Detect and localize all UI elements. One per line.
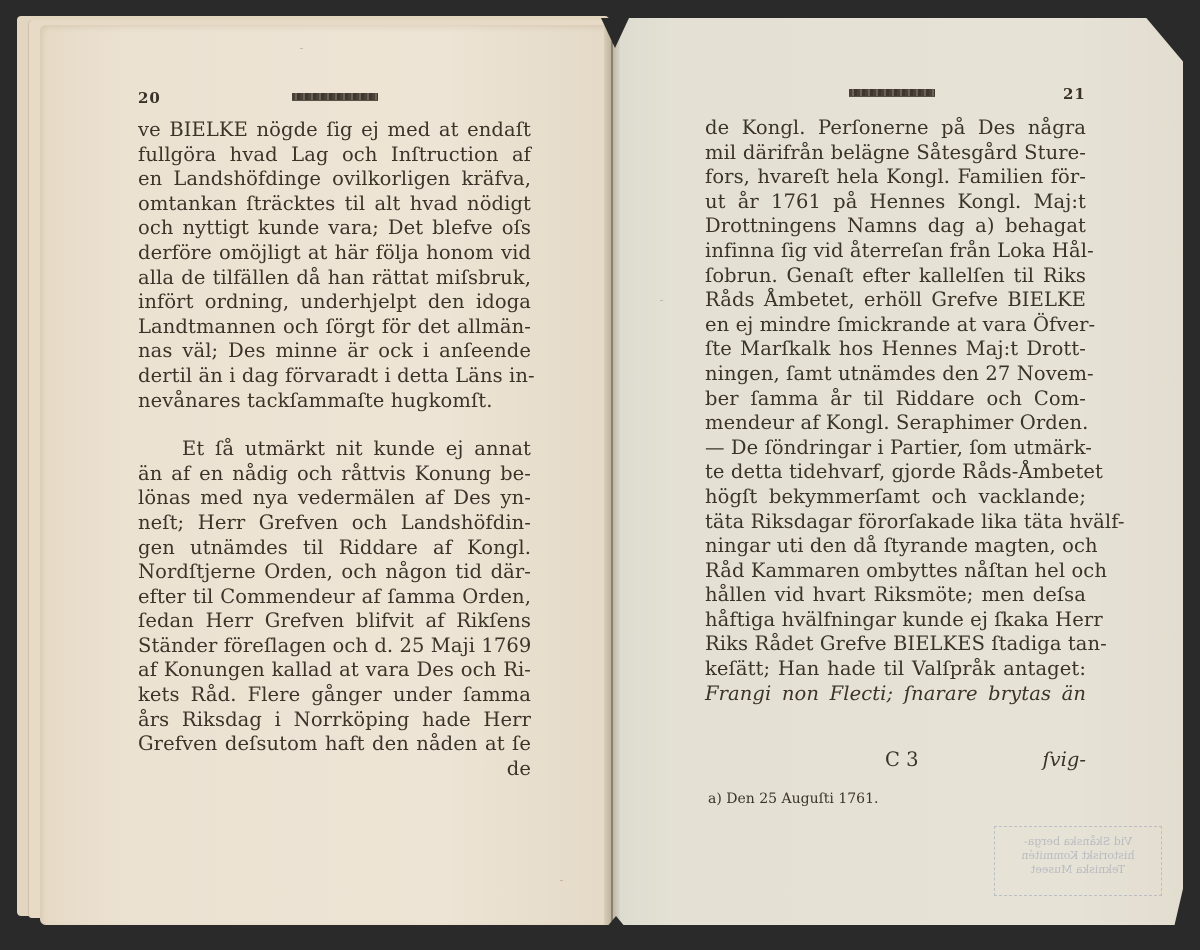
text-line: te detta tidehvarf, gjorde Råds-Åmbetet [705, 460, 1086, 485]
text-line: fullgöra hvad Lag och Inſtruction af [138, 143, 531, 168]
spine-gap-top [601, 18, 629, 48]
text-line: de Kongl. Perſonerne på Des några [705, 116, 1086, 141]
text-line: ſobrun. Genaſt efter kallelſen til Riks [705, 264, 1086, 289]
catchword: de [138, 757, 531, 782]
footnote: a) Den 25 Auguſti 1761. [708, 791, 878, 807]
text-line: keſätt; Han hade til Valſpråk antaget: [705, 657, 1086, 682]
text-line: af Konungen kallad at vara Des och Ri- [138, 658, 531, 683]
text-line: nas väl; Des minne är ock i anſeende [138, 339, 531, 364]
text-line: ber ſamma år til Riddare och Com- [705, 387, 1086, 412]
text-line: ve BIELKE nögde ſig ej med at endaſt [138, 118, 531, 143]
text-line: infört ordning, underhjelpt den idoga [138, 290, 531, 315]
paper-fleck [560, 880, 563, 881]
text-line: högſt bekymmerſamt och vacklande; [705, 485, 1086, 510]
header-ornament-right [849, 89, 935, 97]
text-line: en ej mindre ſmickrande at vara Öfver- [705, 313, 1086, 338]
text-line: Landtmannen och ſörgt för det allmän- [138, 315, 531, 340]
text-line: efter til Commendeur af ſamma Orden, [138, 585, 531, 610]
text-line: fors, hvareſt hela Kongl. Familien för- [705, 165, 1086, 190]
text-line: Riks Rådet Grefve BIELKES ſtadiga tan- [705, 632, 1086, 657]
text-line: Drottningens Namns dag a) behagat [705, 214, 1086, 239]
text-line: gen utnämdes til Riddare af Kongl. [138, 536, 531, 561]
text-line: nevånares tackſammaſte hugkomſt. [138, 389, 531, 414]
paper-fleck [300, 48, 303, 49]
page-footer-right: C 3 ſvig- [705, 748, 1086, 773]
text-line: lönas med nya vedermälen af Des yn- [138, 486, 531, 511]
text-line: Nordſtjerne Orden, och någon tid där- [138, 560, 531, 585]
text-line: mendeur af Kongl. Seraphimer Orden. [705, 411, 1086, 436]
text-line: håftiga hvälfningar kunde ej ſkaka Herr [705, 608, 1086, 633]
stamp-line: historiskt Kommitén [995, 849, 1161, 863]
text-line: täta Riksdagar förorſakade lika täta hvä… [705, 510, 1086, 535]
stamp-line: Vid Skånska berga- [995, 835, 1161, 849]
text-line: en Landshöfdinge ovilkorligen kräfva, [138, 167, 531, 192]
text-line: infinna ſig vid återreſan från Loka Hål- [705, 239, 1086, 264]
page-number-left: 20 [138, 89, 161, 107]
catchword: ſvig- [1042, 748, 1086, 771]
text-line: års Riksdag i Norrköping hade Herr [138, 708, 531, 733]
text-line: Grefven deſsutom haft den nåden at ſe [138, 732, 531, 757]
text-line: än af en nådig och råttvis Konung be- [138, 462, 531, 487]
header-ornament-left [292, 93, 378, 101]
text-line: ſedan Herr Grefven blifvit af Rikſens [138, 609, 531, 634]
text-line: Råds Åmbetet, erhöll Grefve BIELKE [705, 288, 1086, 313]
library-stamp-bleedthrough: Vid Skånska berga- historiskt Kommitén T… [994, 826, 1162, 896]
text-line: ſte Marſkalk hos Hennes Maj:t Drott- [705, 337, 1086, 362]
text-line: hållen vid hvart Riksmöte; men deſsa [705, 583, 1086, 608]
text-line: dertil än i dag förvaradt i detta Läns i… [138, 364, 531, 389]
text-line: ut år 1761 på Hennes Kongl. Maj:t [705, 190, 1086, 215]
paper-fleck [660, 300, 663, 301]
text-line: neſt; Herr Grefven och Landshöfdin- [138, 511, 531, 536]
text-line: och nyttigt kunde vara; Det blefve oſs [138, 216, 531, 241]
text-line: Et ſå utmärkt nit kunde ej annat [138, 437, 531, 462]
text-line: Råd Kammaren ombyttes nåſtan hel och [705, 559, 1086, 584]
text-line: ningar uti den då ſtyrande magten, och [705, 534, 1086, 559]
text-line: alla de tilfällen då han rättat miſsbruk… [138, 266, 531, 291]
right-page-text: de Kongl. Perſonerne på Des några mil dä… [705, 116, 1086, 706]
spine-gap-bottom [606, 916, 626, 928]
stamp-line: Tekniska Museet [995, 863, 1161, 877]
signature-mark: C 3 [885, 748, 919, 771]
page-number-right: 21 [1063, 85, 1086, 103]
text-line: kets Råd. Flere gånger under ſamma [138, 683, 531, 708]
text-line: omtankan ſträcktes til alt hvad nödigt [138, 192, 531, 217]
text-line: mil därifrån belägne Såtesgård Sture- [705, 141, 1086, 166]
paper-fleck [470, 600, 473, 601]
motto-line: Frangi non Flecti; ſnarare brytas än [705, 682, 1086, 707]
left-page-text: ve BIELKE nögde ſig ej med at endaſt ful… [138, 118, 531, 781]
text-line: Ständer föreſlagen och d. 25 Maji 1769 [138, 634, 531, 659]
book-spine [604, 18, 620, 925]
text-line: ningen, ſamt utnämdes den 27 Novem- [705, 362, 1086, 387]
text-line: derföre omöjligt at här följa honom vid [138, 241, 531, 266]
text-line: — De ſöndringar i Partier, ſom utmärk- [705, 436, 1086, 461]
